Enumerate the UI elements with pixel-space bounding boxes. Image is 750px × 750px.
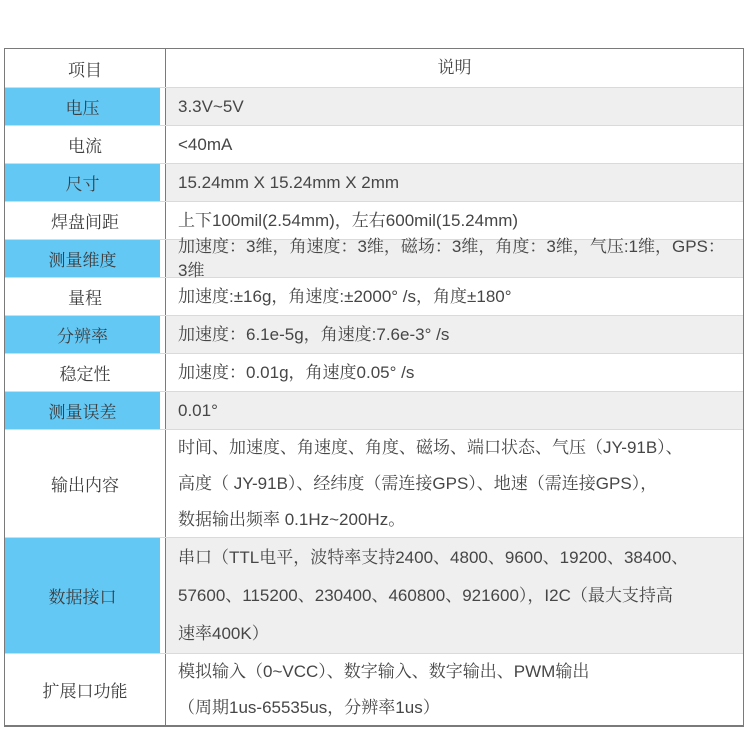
row-desc-value: 时间、加速度、角速度、角度、磁场、端口状态、气压（JY-91B）、 高度（ JY… [165,430,743,537]
row-desc-value: <40mA [165,126,743,163]
row-item-label: 测量误差 [5,392,165,429]
header-item-label: 项目 [5,49,165,87]
table-row-stability: 稳定性 加速度：0.01g，角速度0.05° /s [5,353,743,391]
row-item-label: 稳定性 [5,354,165,391]
table-row-size: 尺寸 15.24mm X 15.24mm X 2mm [5,163,743,201]
table-row-range: 量程 加速度:±16g，角速度:±2000° /s，角度±180° [5,277,743,315]
row-item-label: 分辨率 [5,316,165,353]
spec-table: 项目 说明 电压 3.3V~5V 电流 <40mA 尺寸 15.24mm X 1… [4,48,744,727]
row-item-label: 尺寸 [5,164,165,201]
table-header-row: 项目 说明 [5,49,743,87]
row-item-label: 电流 [5,126,165,163]
row-desc-value: 串口（TTL电平，波特率支持2400、4800、9600、19200、38400… [165,538,743,653]
table-row-interface: 数据接口 串口（TTL电平，波特率支持2400、4800、9600、19200、… [5,537,743,653]
row-item-label: 焊盘间距 [5,202,165,239]
header-desc-label: 说明 [165,49,743,87]
row-item-label: 测量维度 [5,240,165,277]
row-desc-value: 加速度:±16g，角速度:±2000° /s，角度±180° [165,278,743,315]
row-item-label: 扩展口功能 [5,654,165,725]
table-row-current: 电流 <40mA [5,125,743,163]
row-desc-value: 加速度：0.01g，角速度0.05° /s [165,354,743,391]
row-item-label: 数据接口 [5,538,165,653]
row-desc-value: 3.3V~5V [165,88,743,125]
row-item-label: 电压 [5,88,165,125]
row-desc-value: 15.24mm X 15.24mm X 2mm [165,164,743,201]
row-desc-value: 加速度：3维，角速度：3维，磁场：3维，角度：3维，气压:1维，GPS：3维 [165,240,743,277]
table-row-resolution: 分辨率 加速度：6.1e-5g，角速度:7.6e-3° /s [5,315,743,353]
row-desc-value: 上下100mil(2.54mm)，左右600mil(15.24mm) [165,202,743,239]
row-item-label: 输出内容 [5,430,165,537]
table-row-pad-pitch: 焊盘间距 上下100mil(2.54mm)，左右600mil(15.24mm) [5,201,743,239]
table-row-voltage: 电压 3.3V~5V [5,87,743,125]
row-desc-value: 模拟输入（0~VCC）、数字输入、数字输出、PWM输出 （周期1us-65535… [165,654,743,725]
row-item-label: 量程 [5,278,165,315]
row-desc-value: 加速度：6.1e-5g，角速度:7.6e-3° /s [165,316,743,353]
table-row-error: 测量误差 0.01° [5,391,743,429]
table-row-expansion: 扩展口功能 模拟输入（0~VCC）、数字输入、数字输出、PWM输出 （周期1us… [5,653,743,725]
row-desc-value: 0.01° [165,392,743,429]
table-row-output: 输出内容 时间、加速度、角速度、角度、磁场、端口状态、气压（JY-91B）、 高… [5,429,743,537]
table-row-dimensions: 测量维度 加速度：3维，角速度：3维，磁场：3维，角度：3维，气压:1维，GPS… [5,239,743,277]
